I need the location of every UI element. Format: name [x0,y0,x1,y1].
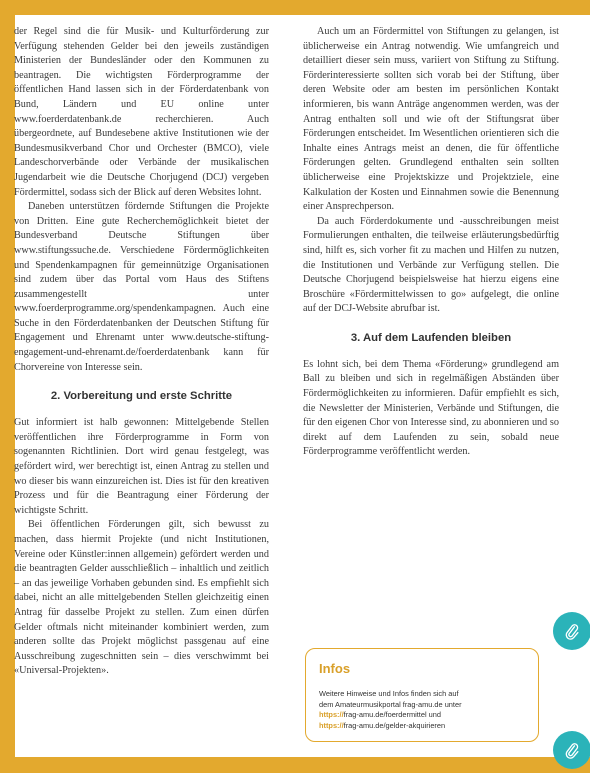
paragraph: Bei öffentlichen Förderungen gilt, sich … [14,518,269,679]
info-box: Infos Weitere Hinweise und Infos finden … [305,648,539,742]
info-text: Weitere Hinweise und Infos finden sich a… [319,689,462,700]
paperclip-icon [562,621,582,641]
paragraph: Gut informiert ist halb gewonnen: Mittel… [14,416,269,518]
info-box-body: Weitere Hinweise und Infos finden sich a… [319,689,462,731]
paragraph: Daneben unterstützen fördernde Stiftunge… [14,200,269,375]
paragraph: Es lohnt sich, bei dem Thema «Förderung»… [303,358,559,460]
link-foerdermittel[interactable]: https://frag-amu.de/foerdermittel und [319,710,462,721]
info-text: dem Amateurmusikportal frag-amu.de unter [319,700,462,711]
paragraph: der Regel sind die für Musik- und Kultur… [14,25,269,200]
right-column: Auch um an Fördermittel von Stiftungen z… [303,25,559,460]
paperclip-icon [562,740,582,760]
info-box-title: Infos [319,661,350,676]
paragraph: Da auch Förderdokumente und -ausschreibu… [303,215,559,317]
section-heading: 2. Vorbereitung und erste Schritte [14,389,269,403]
link-gelder-akquirieren[interactable]: https://frag-amu.de/gelder-akquirieren [319,721,462,732]
paragraph: Auch um an Fördermittel von Stiftungen z… [303,25,559,215]
left-column: der Regel sind die für Musik- und Kultur… [14,25,269,679]
attachment-button-2[interactable] [553,731,590,769]
attachment-button-1[interactable] [553,612,590,650]
section-heading: 3. Auf dem Laufenden bleiben [303,331,559,345]
